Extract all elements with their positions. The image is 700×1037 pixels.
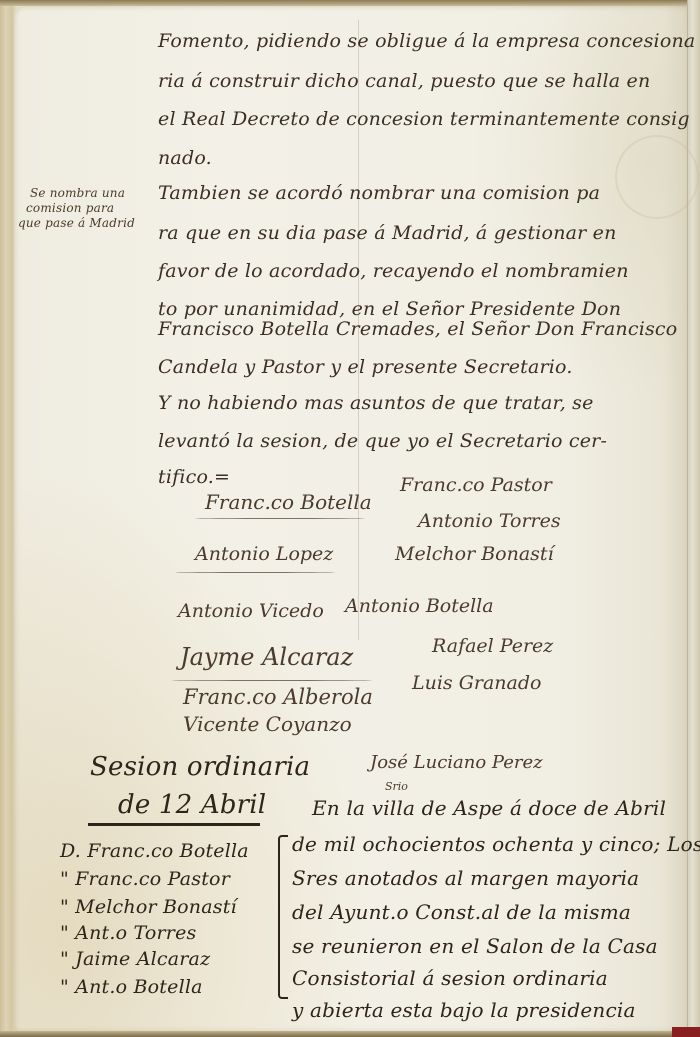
signature: Melchor Bonastí <box>395 543 554 565</box>
signature: Franc.co Botella <box>205 490 372 514</box>
minutes-line: Fomento, pidiendo se obligue á la empres… <box>158 30 695 52</box>
session-body-line: Consistorial á sesion ordinaria <box>292 966 608 990</box>
session-date: de 12 Abril <box>118 790 266 820</box>
attendee: D. Franc.co Botella <box>60 840 249 862</box>
signature: Rafael Perez <box>432 635 553 657</box>
attendee: " Ant.o Botella <box>60 976 203 998</box>
attendee: " Melchor Bonastí <box>60 896 237 918</box>
attendee: " Ant.o Torres <box>60 922 197 944</box>
minutes-line: nado. <box>158 147 212 169</box>
faded-stamp <box>615 135 699 219</box>
minutes-line: Francisco Botella Cremades, el Señor Don… <box>158 318 677 340</box>
margin-note-line: Se nombra una <box>30 186 125 201</box>
secretary-signature: José Luciano Perez <box>370 752 543 773</box>
signature: Franc.co Alberola <box>183 685 373 709</box>
minutes-line: el Real Decreto de concesion terminantem… <box>158 108 690 130</box>
session-body-line: del Ayunt.o Const.al de la misma <box>292 900 631 924</box>
attendee-brace <box>278 835 288 999</box>
session-body-line: Sres anotados al margen mayoria <box>292 866 639 890</box>
signature-flourish <box>175 572 335 573</box>
minutes-line: tifico.= <box>158 466 230 488</box>
session-body-line: de mil ochocientos ochenta y cinco; Los <box>292 832 700 856</box>
page-bottom-edge <box>0 1031 700 1037</box>
signature: Jayme Alcaraz <box>180 643 353 671</box>
session-heading: Sesion ordinaria <box>90 752 310 782</box>
minutes-line: favor de lo acordado, recayendo el nombr… <box>158 260 629 282</box>
signature: Luis Granado <box>412 672 541 694</box>
session-body-line: En la villa de Aspe á doce de Abril <box>312 796 666 820</box>
red-binding-mark <box>672 1027 700 1037</box>
minutes-line: Tambien se acordó nombrar una comision p… <box>158 182 600 204</box>
minutes-line: Y no habiendo mas asuntos de que tratar,… <box>158 392 594 414</box>
attendee: " Franc.co Pastor <box>60 868 230 890</box>
margin-note-line: que pase á Madrid <box>18 216 135 231</box>
margin-note-line: comision para <box>26 201 114 216</box>
signature-flourish <box>195 518 365 519</box>
secretary-title: Srio <box>385 780 408 793</box>
session-body-line: se reunieron en el Salon de la Casa <box>292 934 658 958</box>
heading-underline <box>88 823 260 826</box>
minutes-line: ria á construir dicho canal, puesto que … <box>158 70 650 92</box>
signature: Franc.co Pastor <box>400 474 552 496</box>
attendee: " Jaime Alcaraz <box>60 948 210 970</box>
signature: Antonio Vicedo <box>178 600 324 622</box>
book-spread: Fomento, pidiendo se obligue á la empres… <box>0 0 700 1037</box>
signature: Antonio Torres <box>418 510 561 532</box>
minutes-line: ra que en su dia pase á Madrid, á gestio… <box>158 222 617 244</box>
signature-flourish <box>172 680 372 681</box>
session-body-line: y abierta esta bajo la presidencia <box>292 998 636 1022</box>
signature: Vicente Coyanzo <box>183 712 352 736</box>
minutes-line: Candela y Pastor y el presente Secretari… <box>158 356 573 378</box>
signature: Antonio Botella <box>345 595 494 617</box>
minutes-line: levantó la sesion, de que yo el Secretar… <box>158 430 607 452</box>
minutes-line: to por unanimidad, en el Señor President… <box>158 298 621 320</box>
signature: Antonio Lopez <box>195 543 333 565</box>
